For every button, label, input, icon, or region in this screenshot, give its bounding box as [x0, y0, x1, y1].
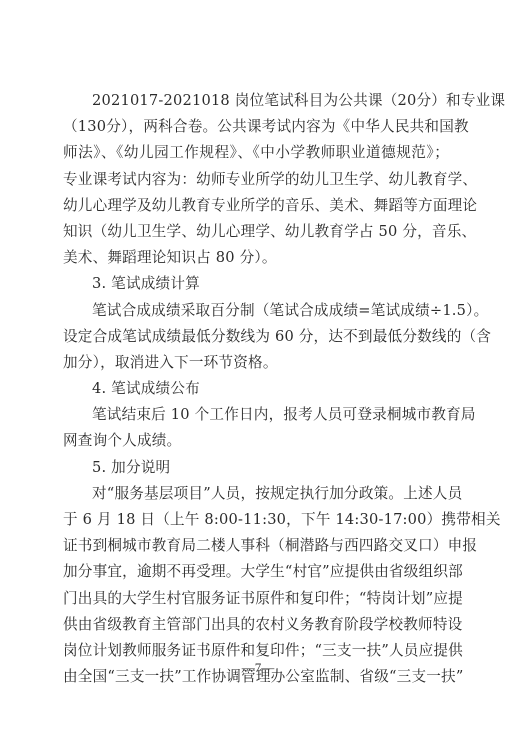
text-line: 笔试合成成绩采取百分制（笔试合成成绩=笔试成绩÷1.5）。	[63, 298, 449, 324]
paragraph-score-announcement: 笔试结束后 10 个工作日内，报考人员可登录桐城市教育局 网查询个人成绩。	[63, 402, 449, 454]
text-line: 美术、舞蹈理论知识占 80 分）。	[63, 245, 449, 271]
text-line: 师法》、《幼儿园工作规程》、《中小学教师职业道德规范》；	[63, 140, 449, 166]
text-line: 对“服务基层项目”人员，按规定执行加分政策。上述人员	[63, 481, 449, 507]
text-line: 网查询个人成绩。	[63, 428, 449, 454]
text-line: （130分），两科合卷。公共课考试内容为《中华人民共和国教	[63, 114, 449, 140]
text-line: 门出具的大学生村官服务证书原件和复印件；“特岗计划”应提	[63, 586, 449, 612]
text-line: 知识（幼儿卫生学、幼儿心理学、幼儿教育学占 50 分，音乐、	[63, 219, 449, 245]
paragraph-bonus-points: 对“服务基层项目”人员，按规定执行加分政策。上述人员 于 6 月 18 日（上午…	[63, 481, 449, 691]
page-number: —7—	[0, 660, 516, 676]
text-line: 证书到桐城市教育局二楼人事科（桐潜路与西四路交叉口）申报	[63, 533, 449, 559]
text-line: 于 6 月 18 日（上午 8:00-11:30，下午 14:30-17:00）…	[63, 507, 449, 533]
text-line: 专业课考试内容为：幼师专业所学的幼儿卫生学、幼儿教育学、	[63, 167, 449, 193]
paragraph-exam-subjects: 2021017-2021018 岗位笔试科目为公共课（20分）和专业课 （130…	[63, 88, 449, 271]
text-line: 2021017-2021018 岗位笔试科目为公共课（20分）和专业课	[63, 88, 449, 114]
text-line: 加分事宜，逾期不再受理。大学生“村官”应提供由省级组织部	[63, 559, 449, 585]
section-heading-bonus-points: 5. 加分说明	[63, 455, 449, 481]
text-line: 供由省级教育主管部门出具的农村义务教育阶段学校教师特设	[63, 612, 449, 638]
document-body: 2021017-2021018 岗位笔试科目为公共课（20分）和专业课 （130…	[63, 88, 449, 690]
section-heading-score-announcement: 4. 笔试成绩公布	[63, 376, 449, 402]
document-page: 2021017-2021018 岗位笔试科目为公共课（20分）和专业课 （130…	[0, 0, 516, 730]
paragraph-score-calculation: 笔试合成成绩采取百分制（笔试合成成绩=笔试成绩÷1.5）。 设定合成笔试成绩最低…	[63, 298, 449, 377]
text-line: 设定合成笔试成绩最低分数线为 60 分，达不到最低分数线的（含	[63, 324, 449, 350]
text-line: 加分），取消进入下一环节资格。	[63, 350, 449, 376]
section-heading-score-calculation: 3. 笔试成绩计算	[63, 271, 449, 297]
text-line: 笔试结束后 10 个工作日内，报考人员可登录桐城市教育局	[63, 402, 449, 428]
text-line: 幼儿心理学及幼儿教育专业所学的音乐、美术、舞蹈等方面理论	[63, 193, 449, 219]
